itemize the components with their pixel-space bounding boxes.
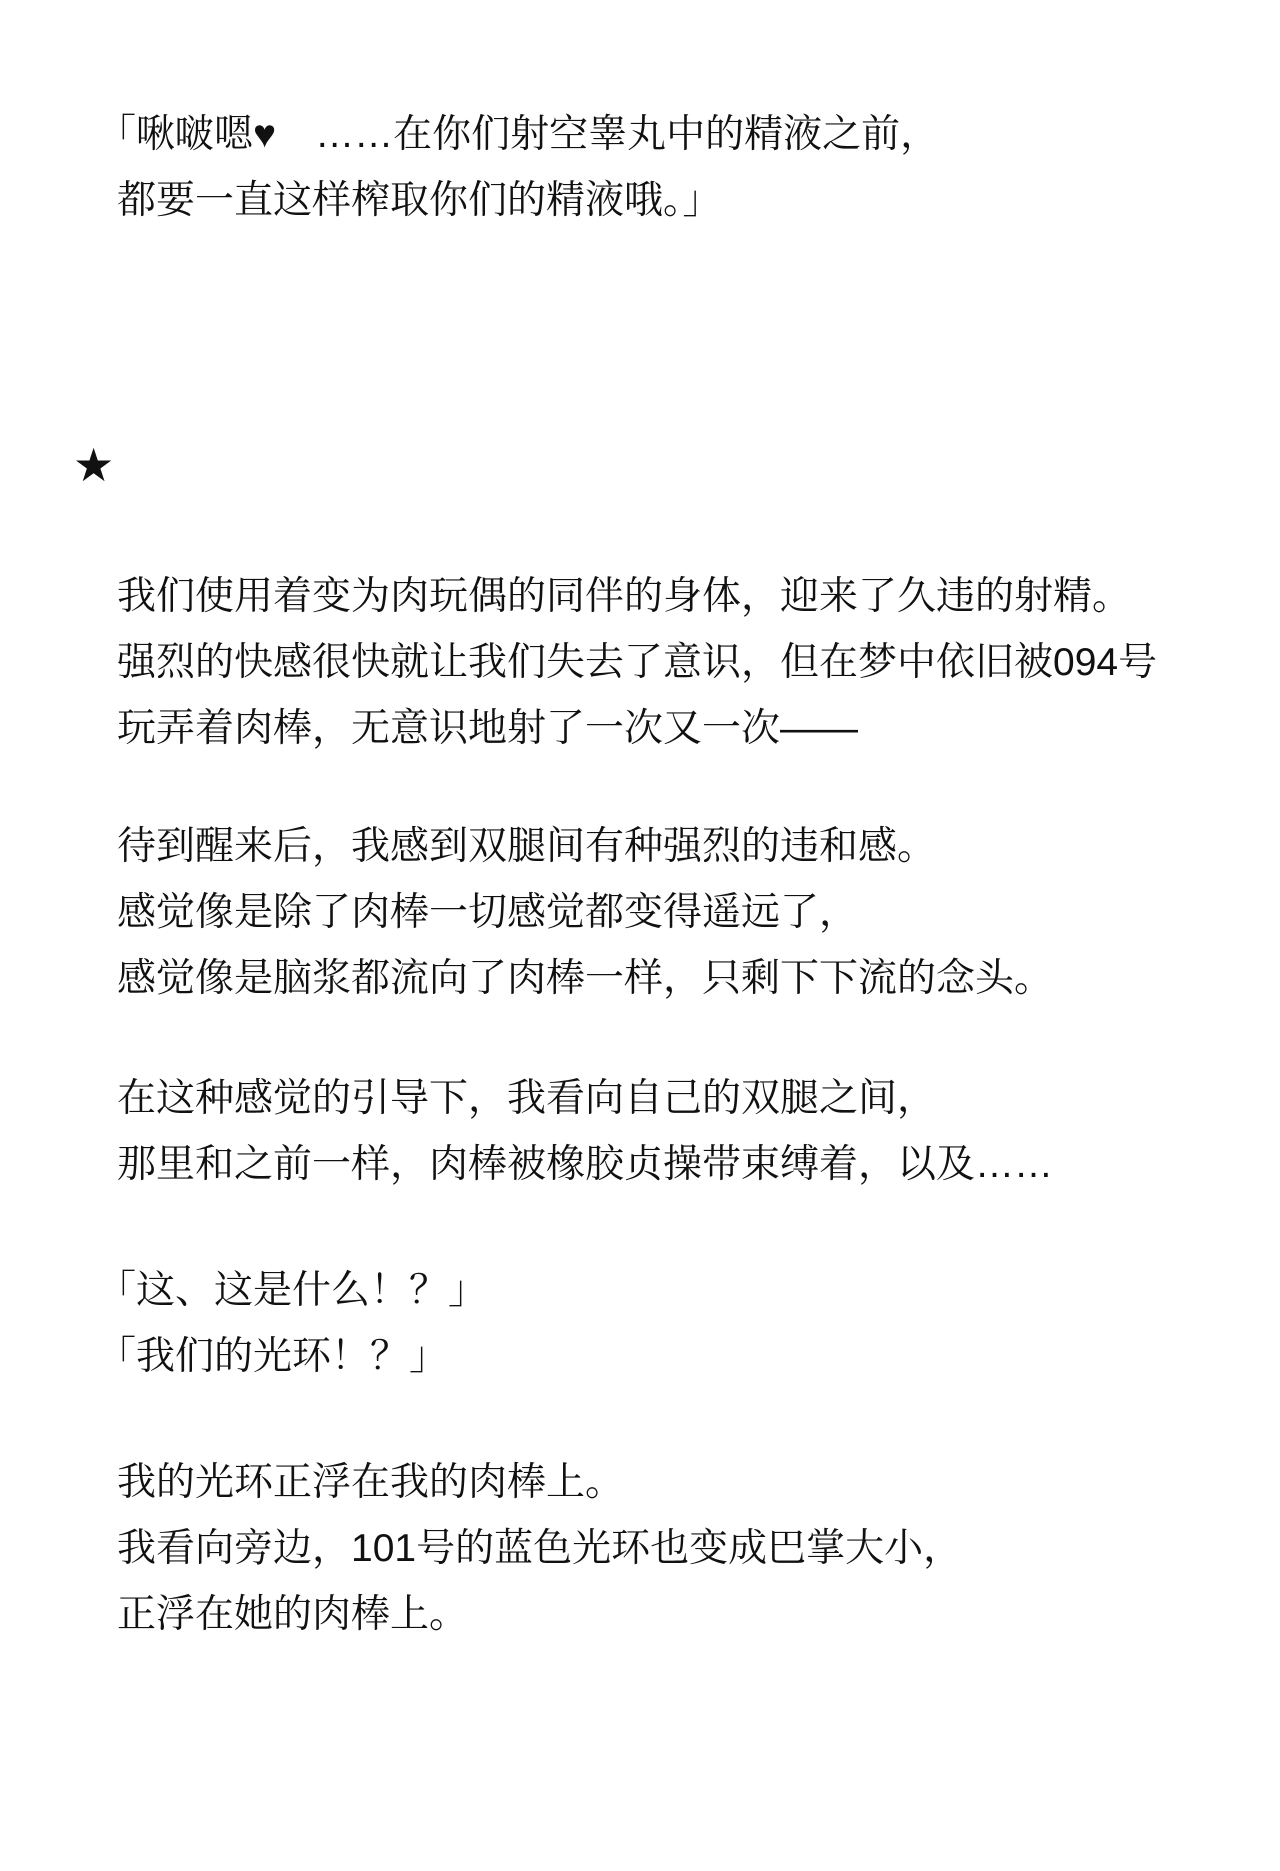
text-line: 待到醒来后，我感到双腿间有种强烈的违和感。 (78, 814, 1240, 880)
text-line: 都要一直这样榨取你们的精液哦。」 (78, 168, 1240, 234)
paragraph-dialogue-opening: 「啾啵嗯♥ ……在你们射空睾丸中的精液之前， 都要一直这样榨取你们的精液哦。」 (78, 102, 1240, 234)
text-line: 正浮在她的肉棒上。 (78, 1582, 1240, 1648)
text-line: 强烈的快感很快就让我们失去了意识，但在梦中依旧被094号 (78, 630, 1240, 696)
section-star-icon: ★ (73, 432, 1240, 498)
text-line: 玩弄着肉棒，无意识地射了一次又一次—— (78, 696, 1240, 762)
text-line: 在这种感觉的引导下，我看向自己的双腿之间， (78, 1066, 1240, 1132)
paragraph-narration-4: 我的光环正浮在我的肉棒上。 我看向旁边，101号的蓝色光环也变成巴掌大小， 正浮… (78, 1450, 1240, 1648)
text-line: 感觉像是除了肉棒一切感觉都变得遥远了， (78, 880, 1240, 946)
text-line: 感觉像是脑浆都流向了肉棒一样，只剩下下流的念头。 (78, 946, 1240, 1012)
novel-page-body: { "page": { "background": "#ffffff", "te… (0, 0, 1280, 1871)
paragraph-narration-3: 在这种感觉的引导下，我看向自己的双腿之间， 那里和之前一样，肉棒被橡胶贞操带束缚… (78, 1066, 1240, 1198)
text-line: 那里和之前一样，肉棒被橡胶贞操带束缚着，以及…… (78, 1132, 1240, 1198)
text-line: 「我们的光环！？」 (78, 1324, 1240, 1390)
paragraph-narration-1: 我们使用着变为肉玩偶的同伴的身体，迎来了久违的射精。 强烈的快感很快就让我们失去… (78, 564, 1240, 762)
text-line: 我的光环正浮在我的肉棒上。 (78, 1450, 1240, 1516)
paragraph-dialogue-reaction: 「这、这是什么！？」 「我们的光环！？」 (78, 1258, 1240, 1390)
paragraph-narration-2: 待到醒来后，我感到双腿间有种强烈的违和感。 感觉像是除了肉棒一切感觉都变得遥远了… (78, 814, 1240, 1012)
text-line: 我看向旁边，101号的蓝色光环也变成巴掌大小， (78, 1516, 1240, 1582)
novel-page: 「啾啵嗯♥ ……在你们射空睾丸中的精液之前， 都要一直这样榨取你们的精液哦。」 … (0, 0, 1280, 1871)
text-line: 「啾啵嗯♥ ……在你们射空睾丸中的精液之前， (78, 102, 1240, 168)
text-line: 「这、这是什么！？」 (78, 1258, 1240, 1324)
text-line: 我们使用着变为肉玩偶的同伴的身体，迎来了久违的射精。 (78, 564, 1240, 630)
